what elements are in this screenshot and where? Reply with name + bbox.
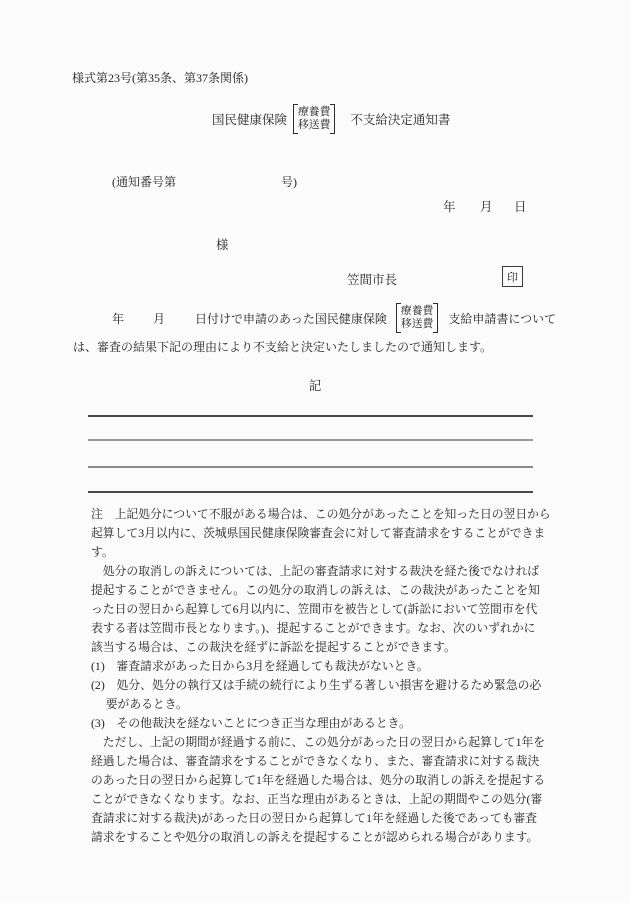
record-heading: 記 [0,376,630,394]
note-line: (2) 処分、処分の執行又は手続の続行により生ずる著しい損害を避けるため緊急の必 [91,676,551,695]
note-line: す。 [91,543,551,562]
note-line: 請求をすることや処分の取消しの訴えを提起することが認められる場合があります。 [91,828,551,847]
note-line: 要があるとき。 [91,695,551,714]
notification-number-suffix: 号) [281,175,297,189]
note-line: 提起することができません。この処分の取消しの訴えは、この裁決があったことを知 [91,581,551,600]
note-block: 注 上記処分について不服がある場合は、この処分があったことを知った日の翌日から起… [91,505,551,847]
title-insurance-name: 国民健康保険 [212,110,287,128]
date-year-label: 年 [443,197,456,215]
note-line: 起算して3月以内に、茨城県国民健康保険審査会に対して審査請求をすることができま [91,524,551,543]
body-line-1: 年月日付けで申請のあった国民健康保険療養費移送費支給申請書について [73,300,556,336]
fee-iso-label: 移送費 [298,119,330,132]
ruled-line-3 [88,466,533,468]
note-line: のあった日の翌日から起算して1年を経過した場合は、処分の取消しの訴えを提起する [91,771,551,790]
document-page: 様式第23号(第35条、第37条関係) 国民健康保険 療養費 移送費 不支給決定… [0,0,630,903]
body-fee-type-bracket: 療養費移送費 [396,303,438,333]
title-decision-text: 不支給決定通知書 [350,110,450,128]
body-day-blank [165,318,195,319]
notification-number-line: (通知番号第号) [100,158,297,205]
ruled-line-1 [88,415,533,417]
note-line: 表する者は笠間市長となります。)、提起することができます。なお、次のいずれかに [91,619,551,638]
body-line1-end: 支給申請書について [448,310,556,327]
note-line: 該当する場合は、この裁決を経ずに訴訟を提起することができます。 [91,638,551,657]
seal-mark: 印 [507,269,518,285]
note-line: (1) 審査請求があった日から3月を経過しても裁決がないとき。 [91,657,551,676]
body-line1-mid: 日付けで申請のあった国民健康保険 [195,310,387,327]
note-line: 処分の取消しの訴えについては、上記の審査請求に対する裁決を経た後でなければ [91,562,551,581]
form-number: 様式第23号(第35条、第37条関係) [72,69,248,86]
note-line: 査請求に対する裁決)があった日の翌日から起算して1年を経過した後であっても審査 [91,809,551,828]
date-month-label: 月 [480,197,493,215]
body-month-blank [124,318,153,319]
note-line: ことができなくなります。なお、正当な理由があるときは、上記の期間やこの処分(審 [91,790,551,809]
note-line: った日の翌日から起算して6月以内に、笠間市を被告として(訴訟において笠間市を代 [91,600,551,619]
mayor-name: 笠間市長 [347,270,397,288]
note-line: ただし、上記の期間が経過する前に、この処分があった日の翌日から起算して1年を [91,733,551,752]
body-line-2: は、審査の結果下記の理由により不支給と決定いたしましたので通知します。 [73,338,492,355]
notification-number-prefix: (通知番号第 [112,175,176,189]
note-line: (3) その他裁決を経ないことにつき正当な理由があるとき。 [91,714,551,733]
body-year-label: 年 [112,310,124,327]
fee-ryoyo-label: 療養費 [298,106,330,119]
date-day-label: 日 [514,197,527,215]
addressee-honorific: 様 [216,235,229,253]
note-line: 注 上記処分について不服がある場合は、この処分があったことを知った日の翌日から [91,505,551,524]
body-fee-ryoyo-label: 療養費 [401,305,433,318]
ruled-line-2 [88,439,533,441]
body-fee-iso-label: 移送費 [401,318,433,331]
document-title: 国民健康保険 療養費 移送費 不支給決定通知書 [212,102,450,136]
ruled-line-4 [88,491,533,493]
note-line: 経過した場合は、審査請求をすることができなくなり、また、審査請求に対する裁決 [91,752,551,771]
seal-box: 印 [502,266,523,287]
notification-number-blank [176,185,281,186]
body-year-blank [73,318,112,319]
body-month-label: 月 [153,310,165,327]
fee-type-bracket: 療養費 移送費 [293,104,335,134]
